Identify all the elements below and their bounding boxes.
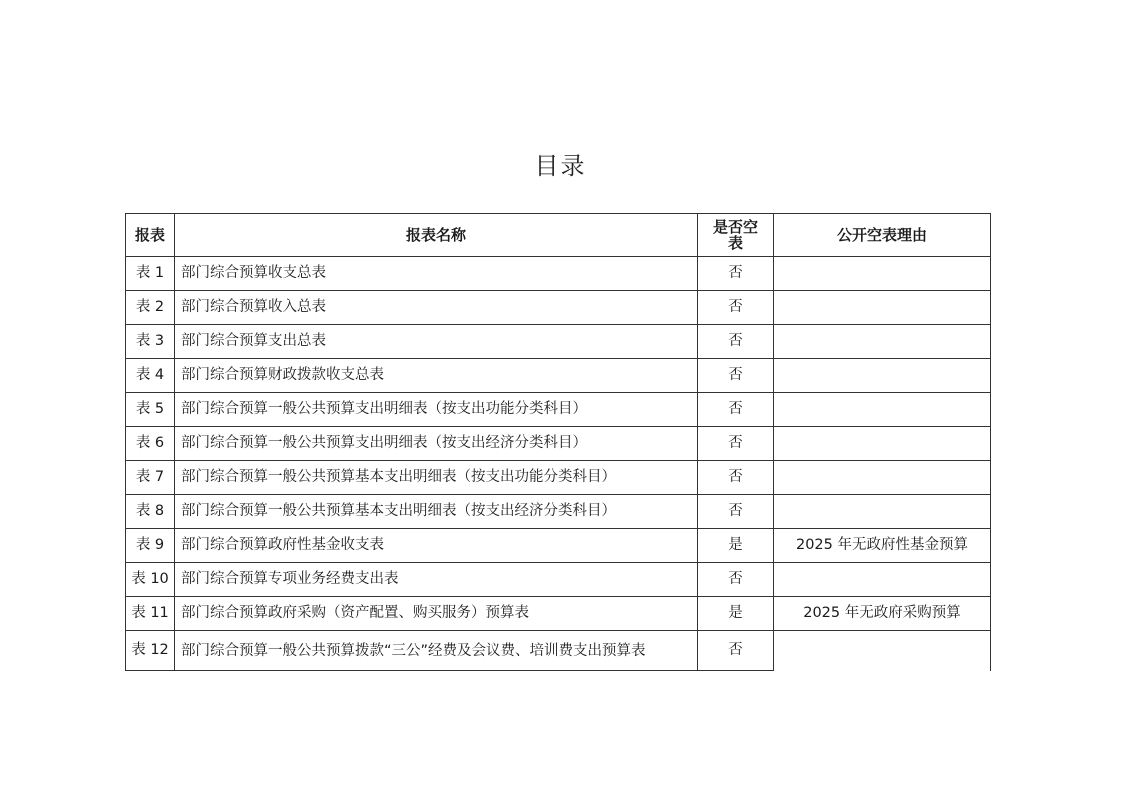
header-report-name: 报表名称	[175, 214, 698, 257]
report-no: 表 1	[126, 257, 175, 291]
empty-reason	[774, 325, 991, 359]
header-report-no: 报表	[126, 214, 175, 257]
report-no: 表 12	[126, 631, 175, 671]
empty-reason: 2025 年无政府性基金预算	[774, 529, 991, 563]
report-name: 部门综合预算一般公共预算基本支出明细表（按支出经济分类科目）	[175, 495, 698, 529]
table-row: 表 7 部门综合预算一般公共预算基本支出明细表（按支出功能分类科目） 否	[126, 461, 991, 495]
table-row: 表 11 部门综合预算政府采购（资产配置、购买服务）预算表 是 2025 年无政…	[126, 597, 991, 631]
empty-reason	[774, 257, 991, 291]
is-empty-value: 否	[698, 563, 774, 597]
report-name: 部门综合预算一般公共预算基本支出明细表（按支出功能分类科目）	[175, 461, 698, 495]
table-row: 表 9 部门综合预算政府性基金收支表 是 2025 年无政府性基金预算	[126, 529, 991, 563]
header-is-empty: 是否空表	[698, 214, 774, 257]
report-no: 表 4	[126, 359, 175, 393]
table-row: 表 8 部门综合预算一般公共预算基本支出明细表（按支出经济分类科目） 否	[126, 495, 991, 529]
report-name: 部门综合预算一般公共预算支出明细表（按支出功能分类科目）	[175, 393, 698, 427]
report-no: 表 3	[126, 325, 175, 359]
empty-reason	[774, 393, 991, 427]
table-row: 表 6 部门综合预算一般公共预算支出明细表（按支出经济分类科目） 否	[126, 427, 991, 461]
empty-reason	[774, 359, 991, 393]
table-row: 表 2 部门综合预算收入总表 否	[126, 291, 991, 325]
report-no: 表 5	[126, 393, 175, 427]
empty-reason	[774, 427, 991, 461]
header-empty-reason: 公开空表理由	[774, 214, 991, 257]
page-title: 目录	[0, 150, 1121, 182]
empty-reason	[774, 631, 991, 671]
is-empty-value: 是	[698, 597, 774, 631]
report-name: 部门综合预算财政拨款收支总表	[175, 359, 698, 393]
table-row: 表 10 部门综合预算专项业务经费支出表 否	[126, 563, 991, 597]
report-name: 部门综合预算收支总表	[175, 257, 698, 291]
empty-reason	[774, 461, 991, 495]
report-no: 表 11	[126, 597, 175, 631]
report-name: 部门综合预算政府性基金收支表	[175, 529, 698, 563]
is-empty-value: 否	[698, 325, 774, 359]
table-row: 表 4 部门综合预算财政拨款收支总表 否	[126, 359, 991, 393]
is-empty-value: 否	[698, 461, 774, 495]
empty-reason	[774, 291, 991, 325]
empty-reason	[774, 563, 991, 597]
report-no: 表 8	[126, 495, 175, 529]
empty-reason	[774, 495, 991, 529]
is-empty-value: 否	[698, 427, 774, 461]
table-row: 表 1 部门综合预算收支总表 否	[126, 257, 991, 291]
is-empty-value: 否	[698, 631, 774, 671]
is-empty-value: 否	[698, 393, 774, 427]
is-empty-value: 否	[698, 495, 774, 529]
toc-table: 报表 报表名称 是否空表 公开空表理由 表 1 部门综合预算收支总表 否 表 2…	[125, 213, 991, 671]
report-name: 部门综合预算收入总表	[175, 291, 698, 325]
report-name: 部门综合预算支出总表	[175, 325, 698, 359]
table-row: 表 12 部门综合预算一般公共预算拨款“三公”经费及会议费、培训费支出预算表 否	[126, 631, 991, 671]
empty-reason: 2025 年无政府采购预算	[774, 597, 991, 631]
report-name: 部门综合预算一般公共预算支出明细表（按支出经济分类科目）	[175, 427, 698, 461]
report-no: 表 9	[126, 529, 175, 563]
report-no: 表 10	[126, 563, 175, 597]
is-empty-value: 是	[698, 529, 774, 563]
is-empty-value: 否	[698, 257, 774, 291]
report-name: 部门综合预算专项业务经费支出表	[175, 563, 698, 597]
report-name: 部门综合预算政府采购（资产配置、购买服务）预算表	[175, 597, 698, 631]
report-no: 表 6	[126, 427, 175, 461]
table-row: 表 5 部门综合预算一般公共预算支出明细表（按支出功能分类科目） 否	[126, 393, 991, 427]
is-empty-value: 否	[698, 291, 774, 325]
report-no: 表 2	[126, 291, 175, 325]
report-no: 表 7	[126, 461, 175, 495]
table-row: 表 3 部门综合预算支出总表 否	[126, 325, 991, 359]
table-header-row: 报表 报表名称 是否空表 公开空表理由	[126, 214, 991, 257]
report-name: 部门综合预算一般公共预算拨款“三公”经费及会议费、培训费支出预算表	[175, 631, 698, 671]
is-empty-value: 否	[698, 359, 774, 393]
